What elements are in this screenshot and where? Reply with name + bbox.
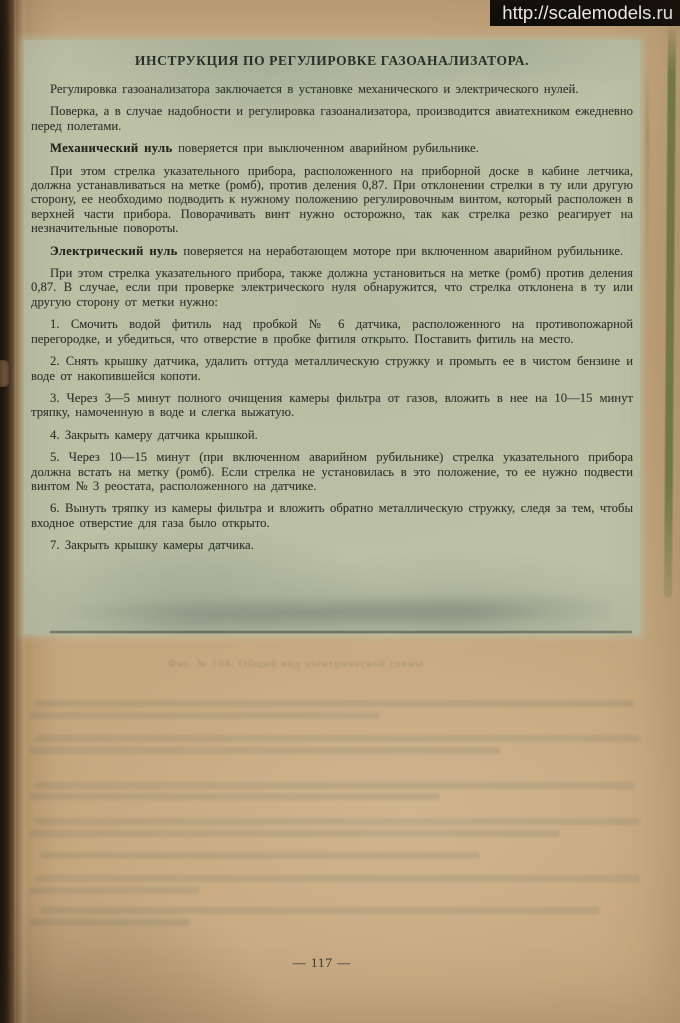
paragraph: 3. Через 3—5 минут полного очищения каме… [31,391,633,420]
bleed-through-line [40,907,600,914]
paragraph: 2. Снять крышку датчика, удалить оттуда … [31,354,633,383]
paragraph: Электрический нуль поверяется на неработ… [31,244,633,258]
scan-block-bottom-line [50,631,632,633]
bleed-through-line [35,782,635,789]
bleed-through-line [35,875,640,882]
bleed-through-line [40,852,480,859]
paragraph: Поверка, а в случае надобности и регулир… [31,104,633,133]
bold-lead: Механический нуль [50,141,178,155]
paragraph: 6. Вынуть тряпку из камеры фильтра и вло… [31,501,633,530]
paragraph: При этом стрелка указательного прибора, … [31,164,633,236]
bleed-through-line [30,919,190,926]
paragraph: 7. Закрыть крышку камеры датчика. [31,538,633,552]
scanned-text-block: ИНСТРУКЦИЯ ПО РЕГУЛИРОВКЕ ГАЗОАНАЛИЗАТОР… [24,40,640,634]
bleed-through-line [30,793,440,800]
paragraph: Регулировка газоанализатора заключается … [31,82,633,96]
green-crayon-mark [664,28,676,598]
bleed-through-line [30,747,500,754]
bleed-through-line [35,735,640,742]
paragraph: Механический нуль поверяется при выключе… [31,141,633,155]
bleed-through-caption: Фиг. № 108. Общий вид электрической схем… [168,658,488,670]
bleed-through-line [30,712,380,719]
bleed-through-line [35,818,640,825]
text-blocks: Регулировка газоанализатора заключается … [31,82,633,553]
protruding-page-tab [0,360,9,387]
bleed-through-line [35,700,635,707]
page-title: ИНСТРУКЦИЯ ПО РЕГУЛИРОВКЕ ГАЗОАНАЛИЗАТОР… [31,53,633,69]
paragraph: 1. Смочить водой фитиль над пробкой № 6 … [31,317,633,346]
bleed-through-line [30,887,200,894]
bold-lead: Электрический нуль [50,244,183,258]
green-crayon-mark-faint [645,68,649,286]
scan-smudge [55,594,610,632]
bleed-through-line [30,830,560,837]
paragraph: 5. Через 10—15 минут (при включенном ава… [31,450,633,493]
paragraph: 4. Закрыть камеру датчика крышкой. [31,428,633,442]
watermark-url: http://scalemodels.ru [490,0,680,26]
paragraph: При этом стрелка указательного прибора, … [31,266,633,309]
page-number: — 117 — [0,955,644,971]
book-binding-edge [0,0,16,1023]
